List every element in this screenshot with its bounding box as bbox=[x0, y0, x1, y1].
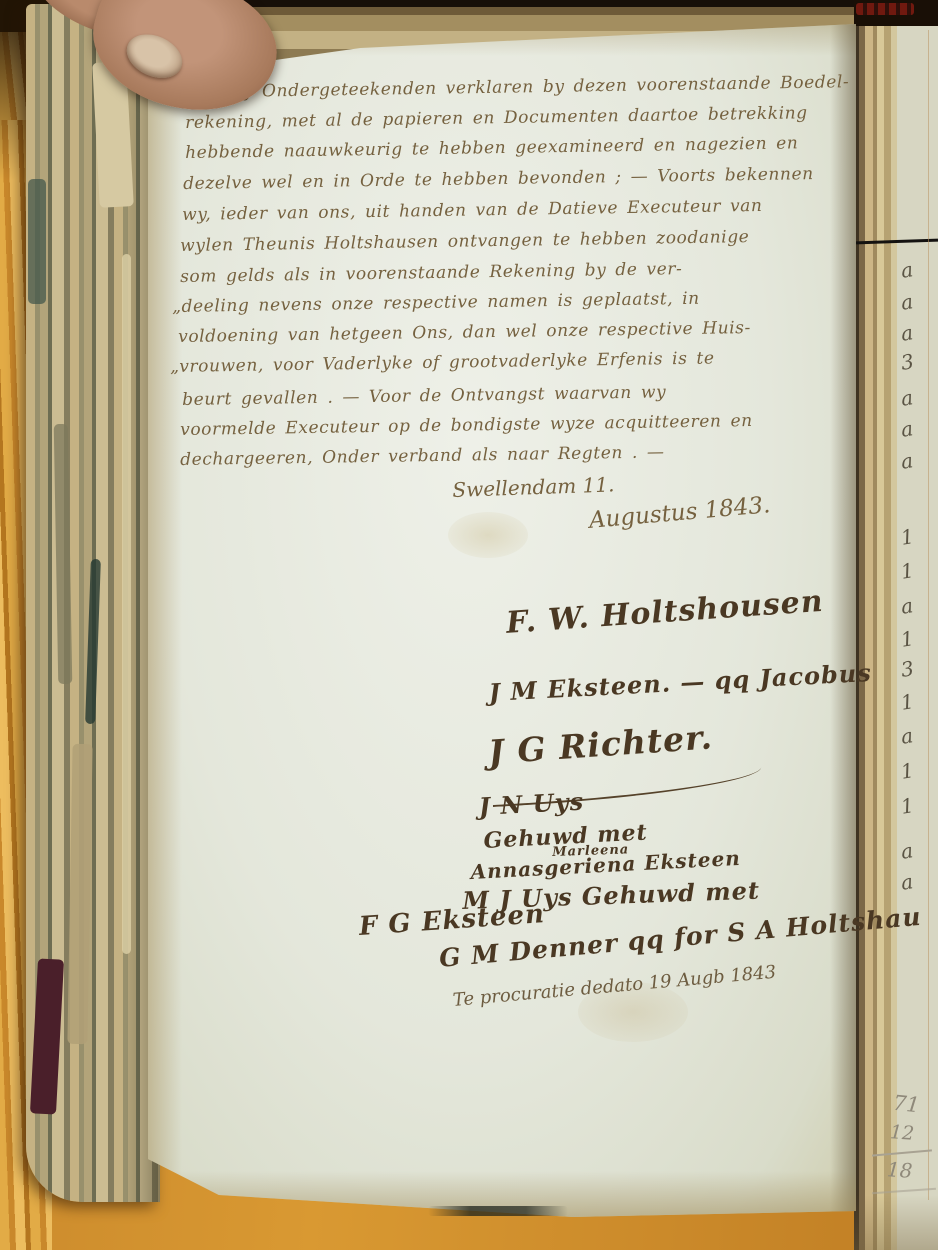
binding-fragment bbox=[28, 179, 46, 304]
page-edge-streak bbox=[54, 424, 73, 684]
page-gutter-shadow bbox=[830, 22, 856, 1217]
margin-rule-line bbox=[928, 30, 929, 1200]
manuscript-page bbox=[148, 22, 856, 1217]
worn-page-edges bbox=[26, 4, 160, 1202]
red-binding-streak bbox=[856, 3, 914, 15]
dark-slit bbox=[85, 559, 101, 724]
paper-stain bbox=[448, 512, 528, 558]
photo-of-manuscript: Wy Ondergeteekenden verklaren by dezen v… bbox=[0, 0, 938, 1250]
maroon-binding bbox=[30, 958, 64, 1114]
bottom-edge-smudge bbox=[428, 1206, 568, 1216]
ruled-black-line bbox=[856, 239, 938, 245]
page-edge-highlight bbox=[122, 254, 131, 954]
paper-stain bbox=[578, 982, 688, 1042]
page-edge-streak bbox=[67, 744, 92, 1044]
next-page-edge bbox=[854, 0, 938, 1250]
strip-bottom-shade bbox=[854, 1195, 938, 1250]
page-left-shading bbox=[148, 22, 182, 1217]
